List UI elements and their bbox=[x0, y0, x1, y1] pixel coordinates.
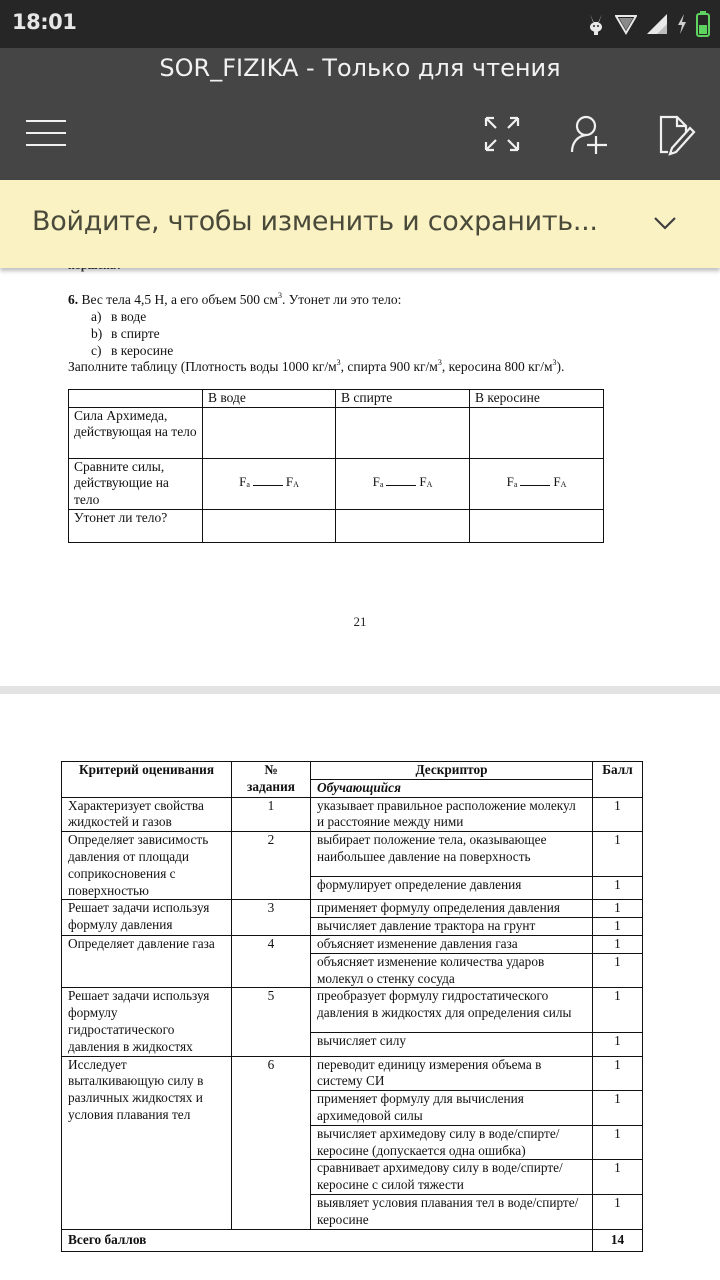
force-symbol: F bbox=[507, 474, 514, 489]
task-no-symbol: № bbox=[264, 762, 277, 777]
header-cell: В воде bbox=[203, 390, 336, 408]
menu-icon bbox=[26, 120, 66, 122]
score-header: Балл bbox=[593, 762, 643, 798]
status-icons bbox=[586, 10, 710, 38]
descriptor-cell: преобразует формулу гидростатического да… bbox=[311, 988, 593, 1033]
score-cell: 1 bbox=[593, 1194, 643, 1229]
force-subscript: A bbox=[293, 480, 299, 489]
task-number-cell: 1 bbox=[232, 797, 311, 832]
edit-document-icon bbox=[656, 114, 696, 156]
force-subscript: a bbox=[246, 480, 250, 489]
formula: FaFA bbox=[239, 474, 299, 489]
answer-cell bbox=[470, 407, 604, 458]
table-row: Решает задачи используя формулу давления… bbox=[62, 900, 643, 918]
document-title: SOR_FIZIKA - Только для чтения bbox=[0, 54, 720, 82]
answer-cell bbox=[470, 509, 604, 542]
table-row: Сила Архимеда, действующая на тело bbox=[69, 407, 604, 458]
descriptor-cell: применяет формулу для вычисления архимед… bbox=[311, 1091, 593, 1126]
answer-cell bbox=[203, 407, 336, 458]
total-label: Всего баллов bbox=[62, 1229, 593, 1251]
question-text-end: . Утонет ли это тело: bbox=[282, 292, 401, 307]
table-row: Определяет давление газа4объясняет измен… bbox=[62, 935, 643, 953]
table-row: Характеризует свойства жидкостей и газов… bbox=[62, 797, 643, 832]
descriptor-cell: указывает правильное расположение молеку… bbox=[311, 797, 593, 832]
header-cell: В спирте bbox=[336, 390, 470, 408]
score-cell: 1 bbox=[593, 988, 643, 1033]
option-label: a) bbox=[91, 308, 111, 325]
cell-signal-icon bbox=[646, 13, 668, 35]
force-subscript: a bbox=[514, 480, 518, 489]
document-page-22: Критерий оценивания №задания Дескриптор … bbox=[0, 694, 720, 1280]
question-number: 6. bbox=[68, 292, 78, 307]
option-b: b)в спирте bbox=[91, 325, 160, 342]
wifi-icon bbox=[615, 13, 637, 35]
table-header-row: В воде В спирте В керосине bbox=[69, 390, 604, 408]
add-person-icon bbox=[570, 114, 610, 156]
question-6: 6. Вес тела 4,5 Н, а его объем 500 см3. … bbox=[68, 291, 401, 308]
score-cell: 1 bbox=[593, 953, 643, 988]
answer-cell bbox=[203, 509, 336, 542]
notification-rabbit-icon bbox=[586, 12, 606, 36]
document-page-21: поршень? 6. Вес тела 4,5 Н, а его объем … bbox=[0, 268, 720, 686]
question-text: Вес тела 4,5 Н, а его объем 500 см bbox=[78, 292, 278, 307]
instruction-part: , керосина 800 кг/м bbox=[442, 359, 553, 374]
criterion-header: Критерий оценивания bbox=[62, 762, 232, 798]
table-row: Решает задачи используя формулу гидроста… bbox=[62, 988, 643, 1033]
menu-icon-line bbox=[26, 144, 66, 146]
comparison-blank bbox=[253, 476, 283, 486]
fullscreen-button[interactable] bbox=[482, 114, 522, 154]
criterion-cell: Определяет давление газа bbox=[62, 935, 232, 987]
descriptor-cell: переводит единицу измерения объема в сис… bbox=[311, 1056, 593, 1091]
force-subscript: A bbox=[561, 480, 567, 489]
descriptor-cell: вычисляет давление трактора на грунт bbox=[311, 918, 593, 936]
share-button[interactable] bbox=[570, 114, 610, 154]
score-cell: 1 bbox=[593, 900, 643, 918]
descriptor-cell: применяет формулу определения давления bbox=[311, 900, 593, 918]
force-comparison-cell: FaFA bbox=[470, 458, 604, 509]
force-symbol: F bbox=[373, 474, 380, 489]
clock: 18:01 bbox=[12, 10, 76, 34]
comparison-blank bbox=[386, 476, 416, 486]
score-cell: 1 bbox=[593, 832, 643, 877]
answer-cell bbox=[336, 407, 470, 458]
fullscreen-icon bbox=[482, 114, 522, 154]
option-text: в воде bbox=[111, 309, 146, 324]
option-label: c) bbox=[91, 342, 111, 359]
option-text: в керосине bbox=[111, 343, 173, 358]
task-number-cell: 2 bbox=[232, 832, 311, 900]
score-cell: 1 bbox=[593, 1125, 643, 1160]
sign-in-banner[interactable]: Войдите, чтобы изменить и сохранить... bbox=[0, 180, 720, 268]
comparison-blank bbox=[520, 476, 550, 486]
header-cell bbox=[69, 390, 203, 408]
table-instruction: Заполните таблицу (Плотность воды 1000 к… bbox=[68, 358, 564, 375]
total-score: 14 bbox=[593, 1229, 643, 1251]
total-row: Всего баллов 14 bbox=[62, 1229, 643, 1251]
menu-icon-line bbox=[26, 132, 66, 134]
expand-banner-button[interactable] bbox=[652, 212, 678, 234]
descriptor-cell: объясняет изменение количества ударов мо… bbox=[311, 953, 593, 988]
descriptor-cell: выявляет условия плавания тел в воде/спи… bbox=[311, 1194, 593, 1229]
option-text: в спирте bbox=[111, 326, 160, 341]
score-cell: 1 bbox=[593, 1033, 643, 1056]
charging-icon bbox=[677, 13, 687, 35]
learner-subheader: Обучающийся bbox=[311, 779, 593, 797]
task-number-cell: 5 bbox=[232, 988, 311, 1056]
score-cell: 1 bbox=[593, 797, 643, 832]
task-number-cell: 3 bbox=[232, 900, 311, 936]
header-cell: В керосине bbox=[470, 390, 604, 408]
option-label: b) bbox=[91, 325, 111, 342]
task-number-cell: 4 bbox=[232, 935, 311, 987]
criterion-cell: Решает задачи используя формулу давления bbox=[62, 900, 232, 936]
rubric-header-row: Критерий оценивания №задания Дескриптор … bbox=[62, 762, 643, 780]
criterion-cell: Определяет зависимость давления от площа… bbox=[62, 832, 232, 900]
score-cell: 1 bbox=[593, 918, 643, 936]
status-bar: 18:01 bbox=[0, 0, 720, 48]
menu-button[interactable] bbox=[26, 120, 66, 146]
row-label: Сила Архимеда, действующая на тело bbox=[69, 407, 203, 458]
answer-cell bbox=[336, 509, 470, 542]
force-subscript: a bbox=[380, 480, 384, 489]
rubric-table: Критерий оценивания №задания Дескриптор … bbox=[61, 761, 643, 1252]
force-symbol: F bbox=[553, 474, 560, 489]
score-cell: 1 bbox=[593, 935, 643, 953]
force-subscript: A bbox=[427, 480, 433, 489]
score-cell: 1 bbox=[593, 1160, 643, 1195]
formula: FaFA bbox=[373, 474, 433, 489]
descriptor-header: Дескриптор bbox=[311, 762, 593, 780]
descriptor-cell: вычисляет архимедову силу в воде/спирте/… bbox=[311, 1125, 593, 1160]
rubric-body: Характеризует свойства жидкостей и газов… bbox=[62, 797, 643, 1229]
instruction-part: Заполните таблицу (Плотность воды 1000 к… bbox=[68, 359, 337, 374]
force-comparison-cell: FaFA bbox=[336, 458, 470, 509]
formula: FaFA bbox=[507, 474, 567, 489]
option-c: c)в керосине bbox=[91, 342, 173, 359]
archimedes-table: В воде В спирте В керосине Сила Архимеда… bbox=[68, 389, 604, 543]
sign-in-message: Войдите, чтобы изменить и сохранить... bbox=[32, 206, 598, 237]
criterion-cell: Решает задачи используя формулу гидроста… bbox=[62, 988, 232, 1056]
instruction-part: ). bbox=[556, 359, 564, 374]
page-separator bbox=[0, 686, 720, 694]
descriptor-cell: формулирует определение давления bbox=[311, 877, 593, 900]
option-a: a)в воде bbox=[91, 308, 146, 325]
criterion-cell: Исследует выталкивающую силу в различных… bbox=[62, 1056, 232, 1229]
task-number-cell: 6 bbox=[232, 1056, 311, 1229]
criterion-cell: Характеризует свойства жидкостей и газов bbox=[62, 797, 232, 832]
row-label: Утонет ли тело? bbox=[69, 509, 203, 542]
table-row: Сравните силы, действующие на тело FaFA … bbox=[69, 458, 604, 509]
descriptor-cell: вычисляет силу bbox=[311, 1033, 593, 1056]
task-number-header: №задания bbox=[232, 762, 311, 798]
row-label: Сравните силы, действующие на тело bbox=[69, 458, 203, 509]
descriptor-cell: сравнивает архимедову силу в воде/спирте… bbox=[311, 1160, 593, 1195]
table-row: Утонет ли тело? bbox=[69, 509, 604, 542]
table-row: Определяет зависимость давления от площа… bbox=[62, 832, 643, 877]
descriptor-cell: объясняет изменение давления газа bbox=[311, 935, 593, 953]
force-comparison-cell: FaFA bbox=[203, 458, 336, 509]
instruction-part: , спирта 900 кг/м bbox=[341, 359, 438, 374]
score-cell: 1 bbox=[593, 877, 643, 900]
score-cell: 1 bbox=[593, 1091, 643, 1126]
table-row: Исследует выталкивающую силу в различных… bbox=[62, 1056, 643, 1091]
app-bar: SOR_FIZIKA - Только для чтения bbox=[0, 48, 720, 180]
task-no-word: задания bbox=[247, 779, 295, 794]
page-number: 21 bbox=[0, 614, 720, 630]
force-symbol: F bbox=[419, 474, 426, 489]
chevron-down-icon bbox=[652, 212, 678, 234]
edit-button[interactable] bbox=[656, 114, 696, 154]
score-cell: 1 bbox=[593, 1056, 643, 1091]
battery-icon bbox=[696, 11, 710, 37]
descriptor-cell: выбирает положение тела, оказывающее наи… bbox=[311, 832, 593, 877]
